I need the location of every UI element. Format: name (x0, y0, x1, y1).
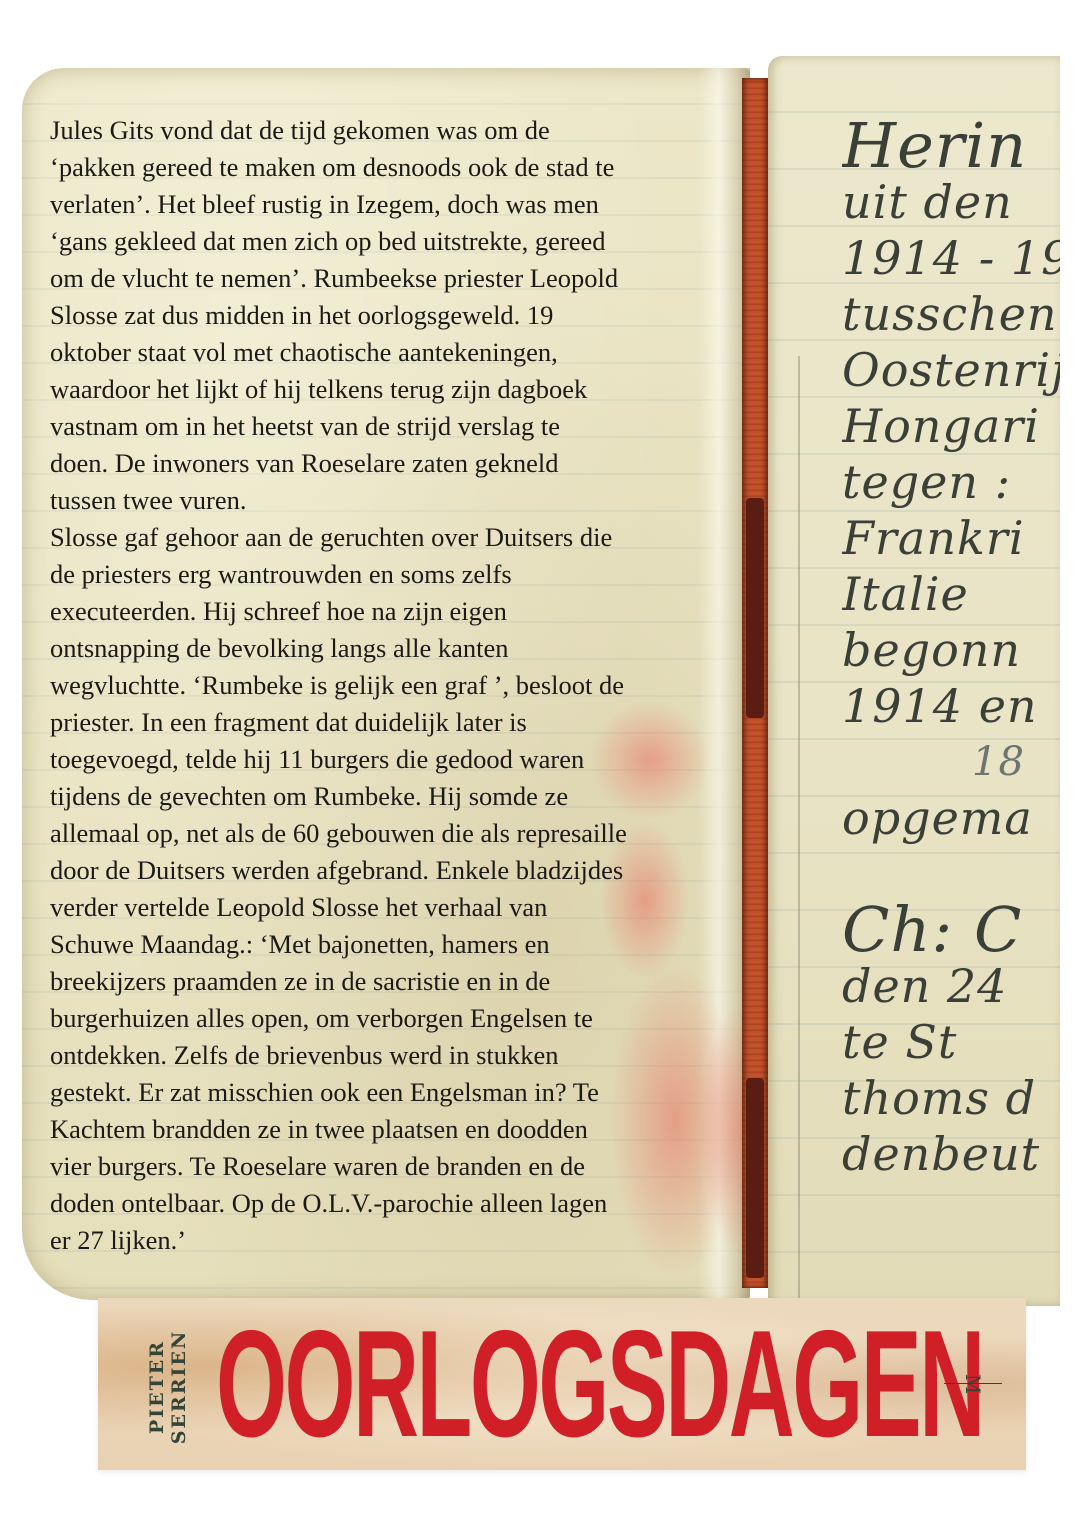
handwriting-line: Ch: C (842, 902, 1060, 958)
text-line: allemaal op, net als de 60 gebouwen die … (50, 815, 720, 852)
article-text: Jules Gits vond dat de tijd gekomen was … (50, 112, 720, 1259)
handwriting-line: 1914 en (842, 678, 1060, 734)
handwriting-line: 1914 - 19 (842, 230, 1060, 286)
handwriting-line: te St (842, 1014, 1060, 1070)
author-last-name: SERRIEN (168, 1330, 190, 1445)
text-line: toegevoegd, telde hij 11 burgers die ged… (50, 741, 720, 778)
author-name-text: PIETER SERRIEN (146, 1330, 190, 1445)
text-line: er 27 lijken.’ (50, 1222, 720, 1259)
text-line: door de Duitsers werden afgebrand. Enkel… (50, 852, 720, 889)
text-line: Schuwe Maandag.: ‘Met bajonetten, hamers… (50, 926, 720, 963)
text-line: tussen twee vuren. (50, 482, 720, 519)
text-line: ontsnapping de bevolking langs alle kant… (50, 630, 720, 667)
text-line: doden ontelbaar. Op de O.L.V.-parochie a… (50, 1185, 720, 1222)
handwriting-line: uit den (842, 174, 1060, 230)
author-first-name: PIETER (146, 1330, 168, 1445)
text-line: de priesters erg wantrouwden en soms zel… (50, 556, 720, 593)
text-line: wegvluchtte. ‘Rumbeke is gelijk een graf… (50, 667, 720, 704)
book-title: OORLOGSDAGEN (216, 1318, 648, 1450)
text-line: om de vlucht te nemen’. Rumbeekse priest… (50, 260, 720, 297)
text-line: vier burgers. Te Roeselare waren de bran… (50, 1148, 720, 1185)
handwriting-line: tusschen (842, 286, 1060, 342)
text-line: Kachtem brandden ze in twee plaatsen en … (50, 1111, 720, 1148)
handwriting-line: opgema (842, 790, 1060, 846)
text-line: Slosse gaf gehoor aan de geruchten over … (50, 519, 720, 556)
book-spine (742, 78, 768, 1288)
text-line: ontdekken. Zelfs de brievenbus werd in s… (50, 1037, 720, 1074)
handwriting-line: denbeut (842, 1126, 1060, 1182)
text-line: ‘pakken gereed te maken om desnoods ook … (50, 149, 720, 186)
text-line: doen. De inwoners van Roeselare zaten ge… (50, 445, 720, 482)
text-line: verder vertelde Leopold Slosse het verha… (50, 889, 720, 926)
text-line: gestekt. Er zat misschien ook een Engels… (50, 1074, 720, 1111)
handwriting-line: Italie (842, 566, 1060, 622)
handwriting-line: begonn (842, 622, 1060, 678)
handwriting-line: den 24 (842, 958, 1060, 1014)
handwriting-line: tegen : (842, 454, 1060, 510)
handwriting-line: 18 (842, 734, 1060, 790)
author-name: PIETER SERRIEN (138, 1318, 198, 1456)
text-line: waardoor het lijkt of hij telkens terug … (50, 371, 720, 408)
handwriting-line: Hongari (842, 398, 1060, 454)
text-line: Slosse zat dus midden in het oorlogsgewe… (50, 297, 720, 334)
handwriting-line: Oostenrij (842, 342, 1060, 398)
text-line: ‘gans gekleed dat men zich op bed uitstr… (50, 223, 720, 260)
handwritten-text: Herin uit den 1914 - 19 tusschen Oostenr… (842, 118, 1060, 1182)
publisher-logo-icon: M (961, 1374, 985, 1394)
handwriting-line: Herin (842, 118, 1060, 174)
text-line: tijdens de gevechten om Rumbeke. Hij som… (50, 778, 720, 815)
text-line: Jules Gits vond dat de tijd gekomen was … (50, 112, 720, 149)
text-line: priester. In een fragment dat duidelijk … (50, 704, 720, 741)
text-line: oktober staat vol met chaotische aanteke… (50, 334, 720, 371)
text-line: verlaten’. Het bleef rustig in Izegem, d… (50, 186, 720, 223)
handwriting-line: Frankri (842, 510, 1060, 566)
text-line: burgerhuizen alles open, om verborgen En… (50, 1000, 720, 1037)
margin-line (798, 356, 800, 1306)
handwriting-line: thoms d (842, 1070, 1060, 1126)
text-line: vastnam om in het heetst van de strijd v… (50, 408, 720, 445)
publisher-logo: M (944, 1372, 1002, 1396)
text-line: breekijzers praamden ze in de sacristie … (50, 963, 720, 1000)
text-line: executeerden. Hij schreef hoe na zijn ei… (50, 593, 720, 630)
